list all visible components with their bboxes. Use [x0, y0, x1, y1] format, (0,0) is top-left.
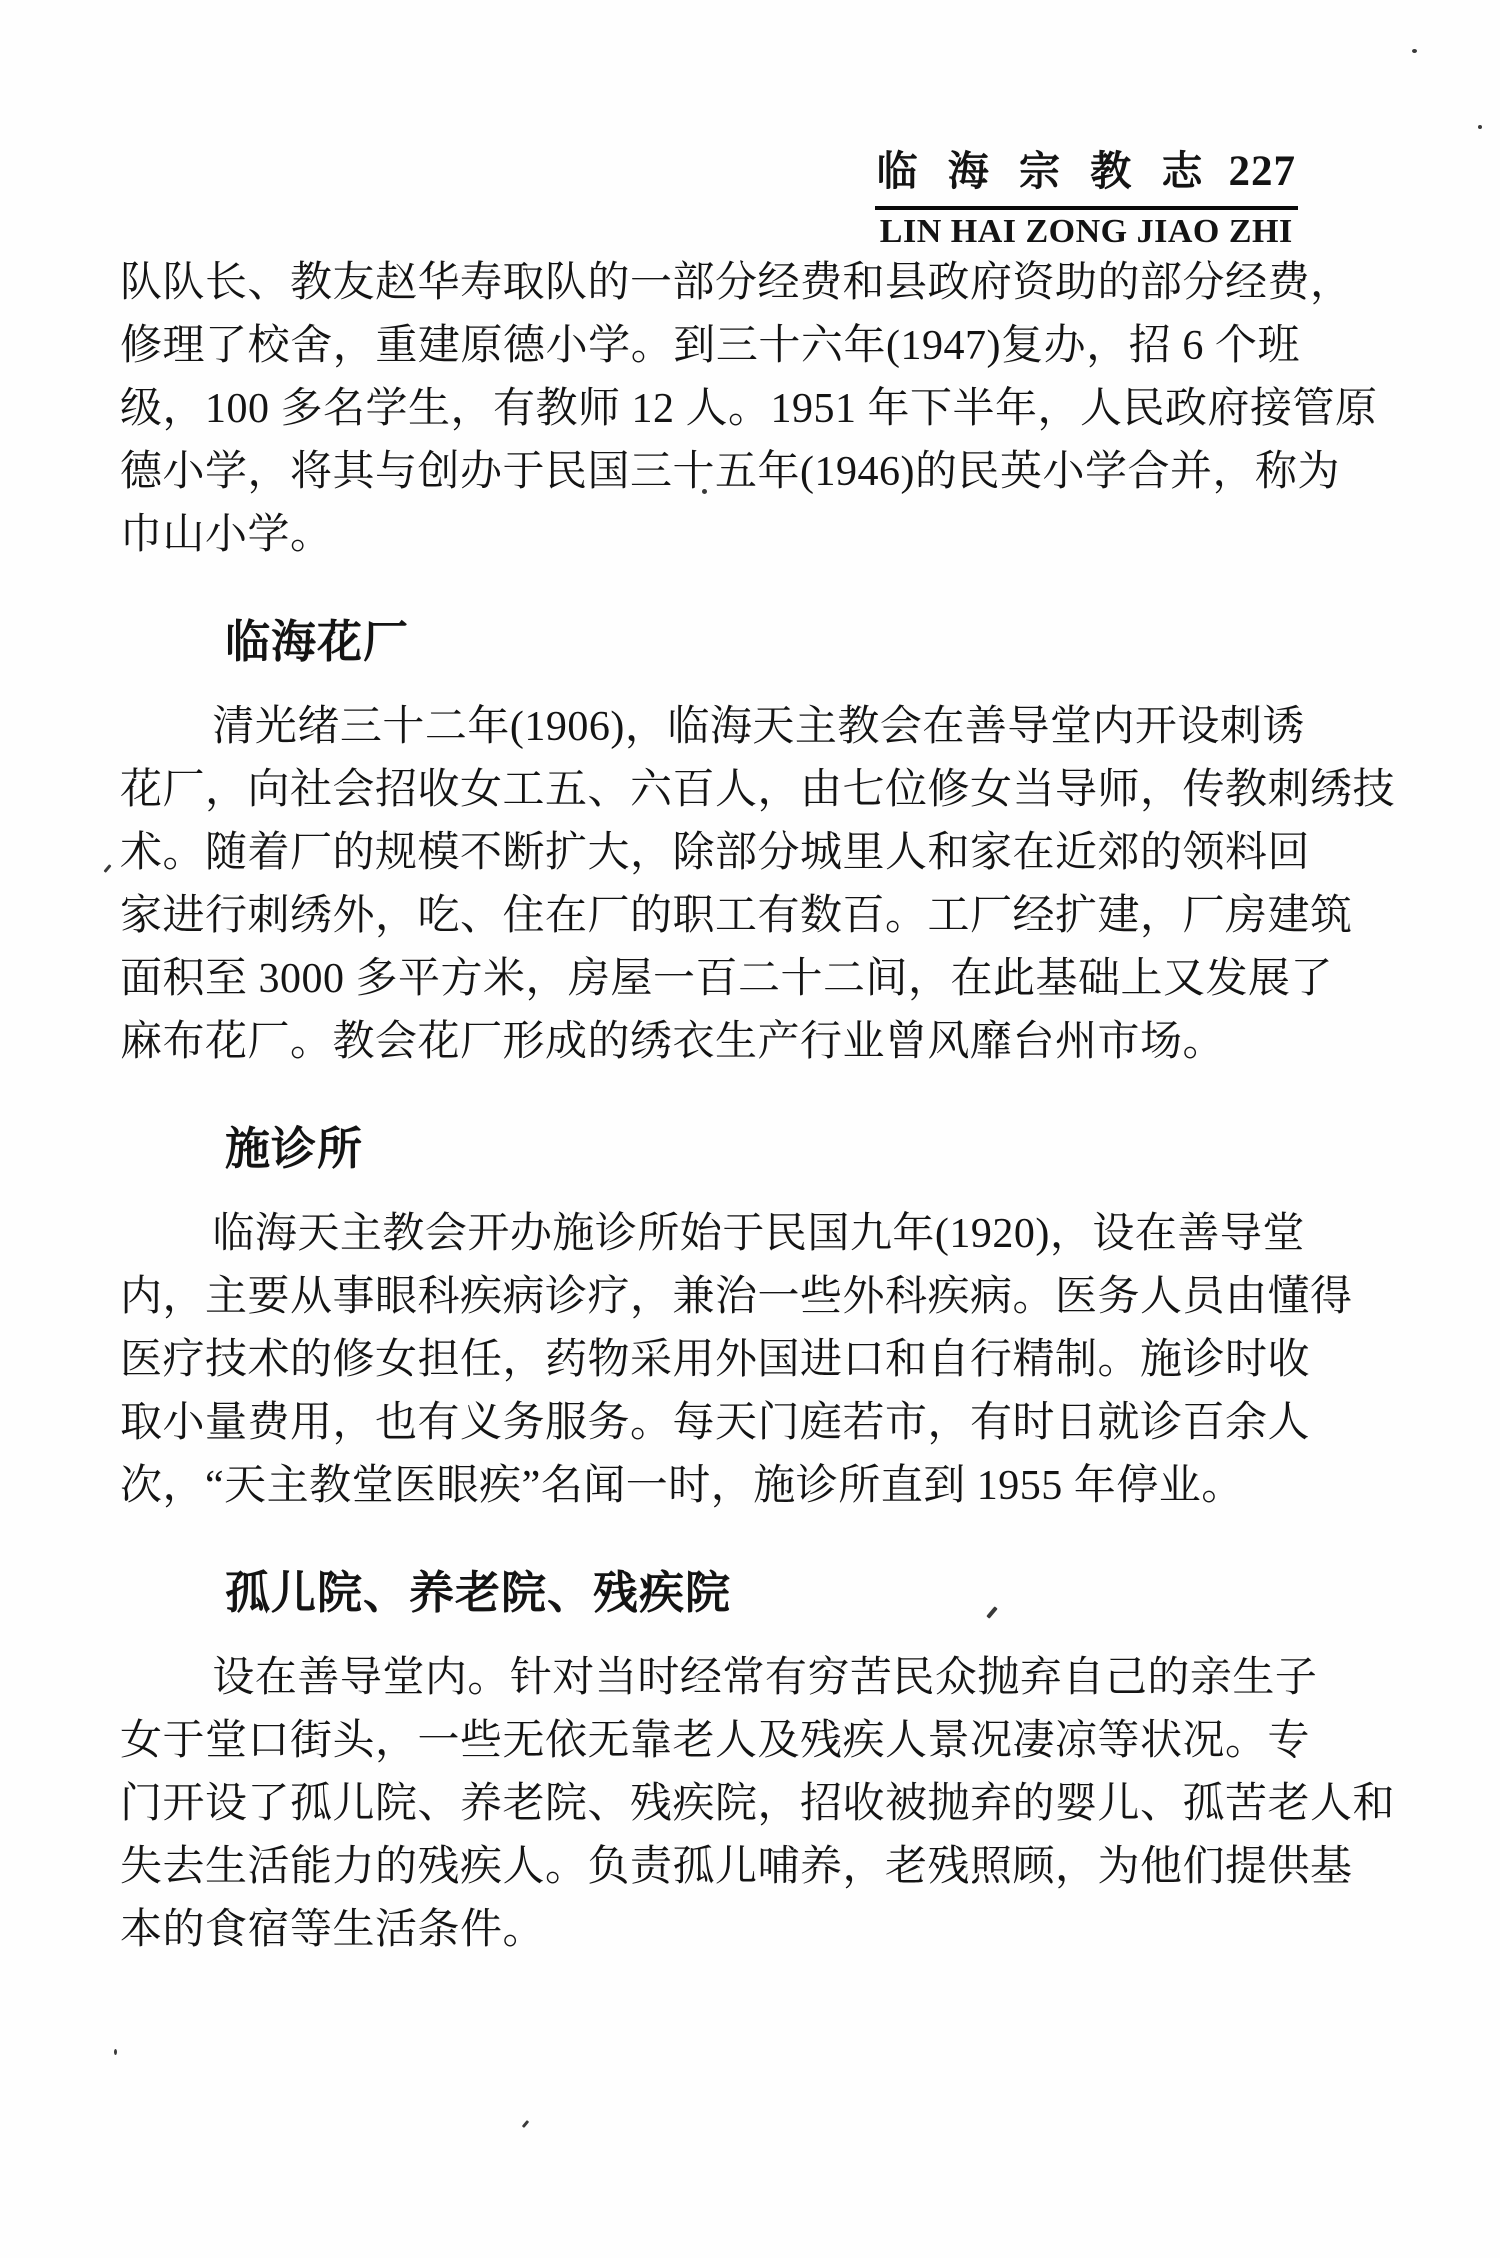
- paragraph-gueryuan: 设在善导堂内。针对当时经常有穷苦民众抛弃自己的亲生子女于堂口街头，一些无依无靠老…: [120, 1647, 1300, 1962]
- scan-speck: [702, 489, 707, 494]
- text-line: 家进行刺绣外，吃、住在厂的职工有数百。工厂经扩建，厂房建筑: [120, 885, 1300, 948]
- paragraph-shizhensuo: 临海天主教会开办施诊所始于民国九年(1920)，设在善导堂内，主要从事眼科疾病诊…: [120, 1203, 1300, 1518]
- text-line: 失去生活能力的残疾人。负责孤儿哺养，老残照顾，为他们提供基: [120, 1836, 1300, 1899]
- section-heading-gueryuan: 孤儿院、养老院、残疾院: [120, 1562, 1300, 1625]
- running-head: 临 海 宗 教 志227 LIN HAI ZONG JIAO ZHI: [875, 138, 1299, 251]
- scan-speck: [1478, 125, 1482, 129]
- scanned-book-page: 临 海 宗 教 志227 LIN HAI ZONG JIAO ZHI 队队长、教…: [0, 0, 1500, 2258]
- section-heading-shizhensuo: 施诊所: [120, 1118, 1300, 1181]
- scan-speck: [522, 2120, 529, 2128]
- text-line: 女于堂口街头，一些无依无靠老人及残疾人景况凄凉等状况。专: [120, 1710, 1300, 1773]
- text-line: 德小学，将其与创办于民国三十五年(1946)的民英小学合并，称为: [120, 441, 1300, 504]
- text-line: 术。随着厂的规模不断扩大，除部分城里人和家在近郊的领料回: [120, 822, 1300, 885]
- text-line: 设在善导堂内。针对当时经常有穷苦民众抛弃自己的亲生子: [120, 1647, 1300, 1710]
- paragraph-continued: 队队长、教友赵华寿取队的一部分经费和县政府资助的部分经费，修理了校舍，重建原德小…: [120, 252, 1300, 567]
- text-line: 队队长、教友赵华寿取队的一部分经费和县政府资助的部分经费，: [120, 252, 1300, 315]
- text-line: 门开设了孤儿院、养老院、残疾院，招收被抛弃的婴儿、孤苦老人和: [120, 1773, 1300, 1836]
- page-number: 227: [1205, 148, 1297, 195]
- text-line: 次，“天主教堂医眼疾”名闻一时，施诊所直到 1955 年停业。: [120, 1455, 1300, 1518]
- running-head-title-row: 临 海 宗 教 志227: [875, 138, 1299, 210]
- text-line: 临海天主教会开办施诊所始于民国九年(1920)，设在善导堂: [120, 1203, 1300, 1266]
- text-line: 花厂，向社会招收女工五、六百人，由七位修女当导师，传教刺绣技: [120, 759, 1300, 822]
- scan-speck: [114, 2049, 117, 2055]
- text-line: 麻布花厂。教会花厂形成的绣衣生产行业曾风靡台州市场。: [120, 1011, 1300, 1074]
- text-line: 内，主要从事眼科疾病诊疗，兼治一些外科疾病。医务人员由懂得: [120, 1266, 1300, 1329]
- text-line: 本的食宿等生活条件。: [120, 1899, 1300, 1962]
- book-title-pinyin: LIN HAI ZONG JIAO ZHI: [875, 213, 1299, 251]
- text-line: 巾山小学。: [120, 504, 1300, 567]
- text-line: 级，100 多名学生，有教师 12 人。1951 年下半年，人民政府接管原: [120, 378, 1300, 441]
- text-line: 取小量费用，也有义务服务。每天门庭若市，有时日就诊百余人: [120, 1392, 1300, 1455]
- text-line: 修理了校舍，重建原德小学。到三十六年(1947)复办，招 6 个班: [120, 315, 1300, 378]
- body-text: 队队长、教友赵华寿取队的一部分经费和县政府资助的部分经费，修理了校舍，重建原德小…: [120, 252, 1300, 1962]
- scan-speck: [103, 864, 111, 873]
- section-heading-linhai-huachang: 临海花厂: [120, 611, 1300, 674]
- paragraph-huachang: 清光绪三十二年(1906)，临海天主教会在善导堂内开设刺诱花厂，向社会招收女工五…: [120, 696, 1300, 1074]
- text-line: 面积至 3000 多平方米，房屋一百二十二间，在此基础上又发展了: [120, 948, 1300, 1011]
- text-line: 医疗技术的修女担任，药物采用外国进口和自行精制。施诊时收: [120, 1329, 1300, 1392]
- scan-speck: [1412, 49, 1417, 53]
- text-line: 清光绪三十二年(1906)，临海天主教会在善导堂内开设刺诱: [120, 696, 1300, 759]
- book-title: 临 海 宗 教 志: [877, 148, 1205, 194]
